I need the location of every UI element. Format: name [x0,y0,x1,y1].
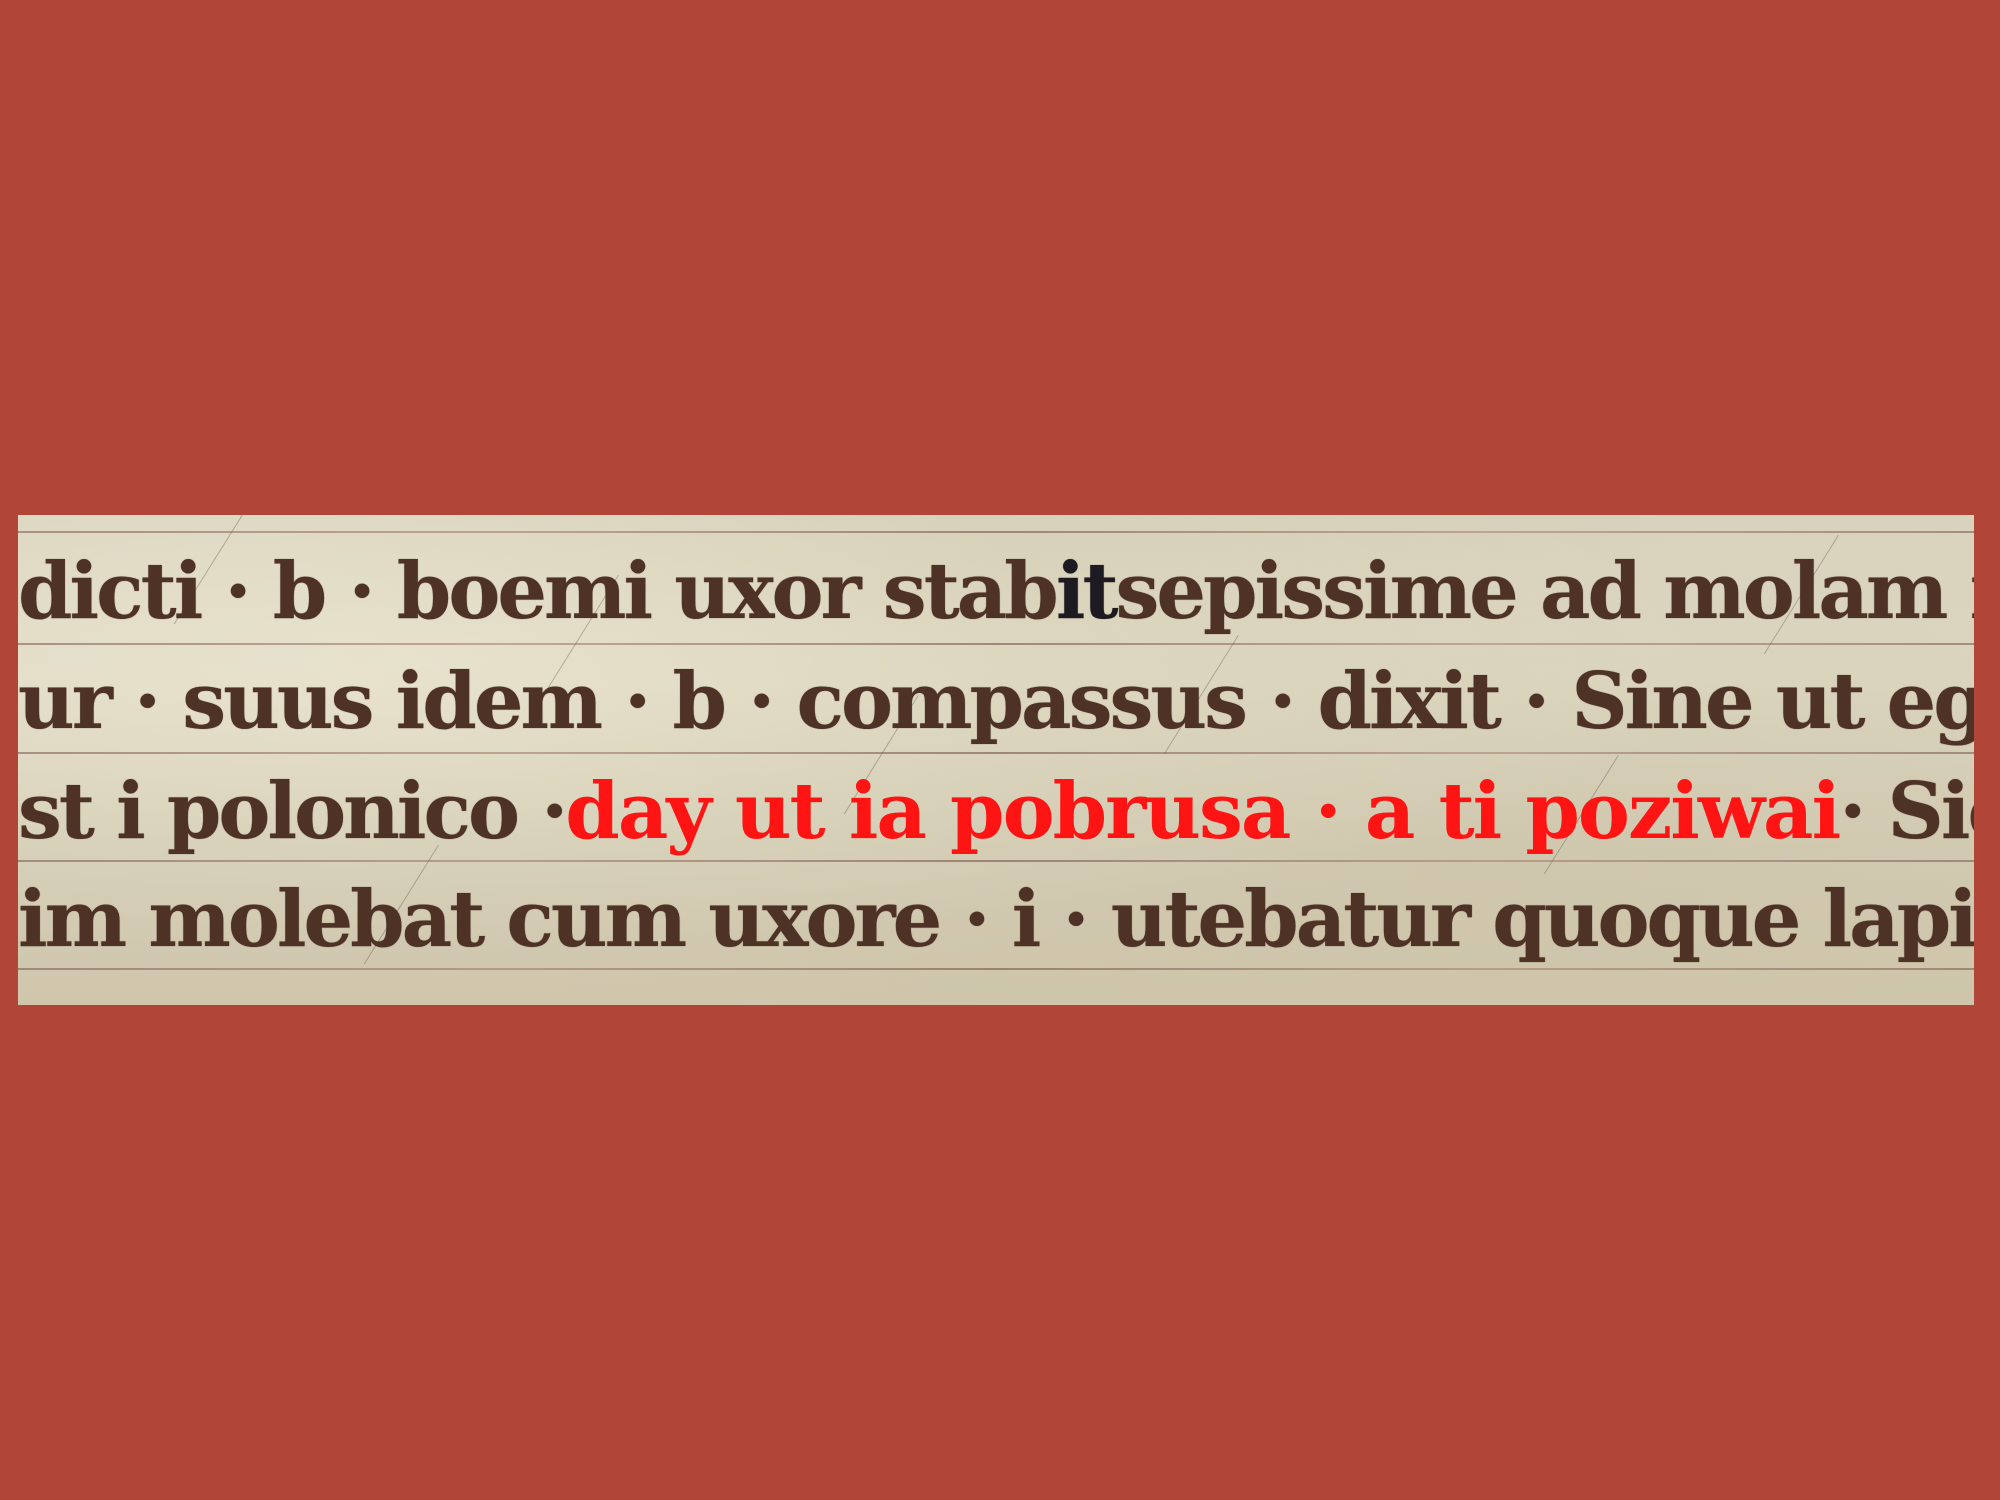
cut-off-line: ... ... ... ... ... ... ... ... ... ... [158,977,1100,1005]
manuscript-line-2: ur · suus idem · b · compassus · dixit ·… [18,663,1974,741]
line-text: dicti · b · boemi uxor stab [18,553,1056,631]
line-text: ur · suus idem · b · compassus · dixit ·… [18,663,1974,741]
rubric-highlight: day ut ia pobrusa · a ti poziwai [565,773,1839,851]
line-text: im molebat cum uxore · i · utebatur quoq… [18,881,1974,959]
line-text: st i polonico · [18,773,565,851]
manuscript-line-4: im molebat cum uxore · i · utebatur quoq… [18,881,1974,959]
line-text: sepissime ad molam molendo [1115,553,1974,631]
ruled-line [18,643,1974,645]
ruled-line [18,752,1974,754]
manuscript-strip: dicti · b · boemi uxor stabit sepissime … [18,515,1974,1005]
manuscript-line-1: dicti · b · boemi uxor stabit sepissime … [18,553,1974,631]
ruled-line [18,860,1974,862]
ruled-line [18,531,1974,533]
line-text: · Sic iste boe [1839,773,1974,851]
manuscript-line-3: st i polonico · day ut ia pobrusa · a ti… [18,773,1974,851]
line-text-dark-ink: it [1056,553,1116,631]
